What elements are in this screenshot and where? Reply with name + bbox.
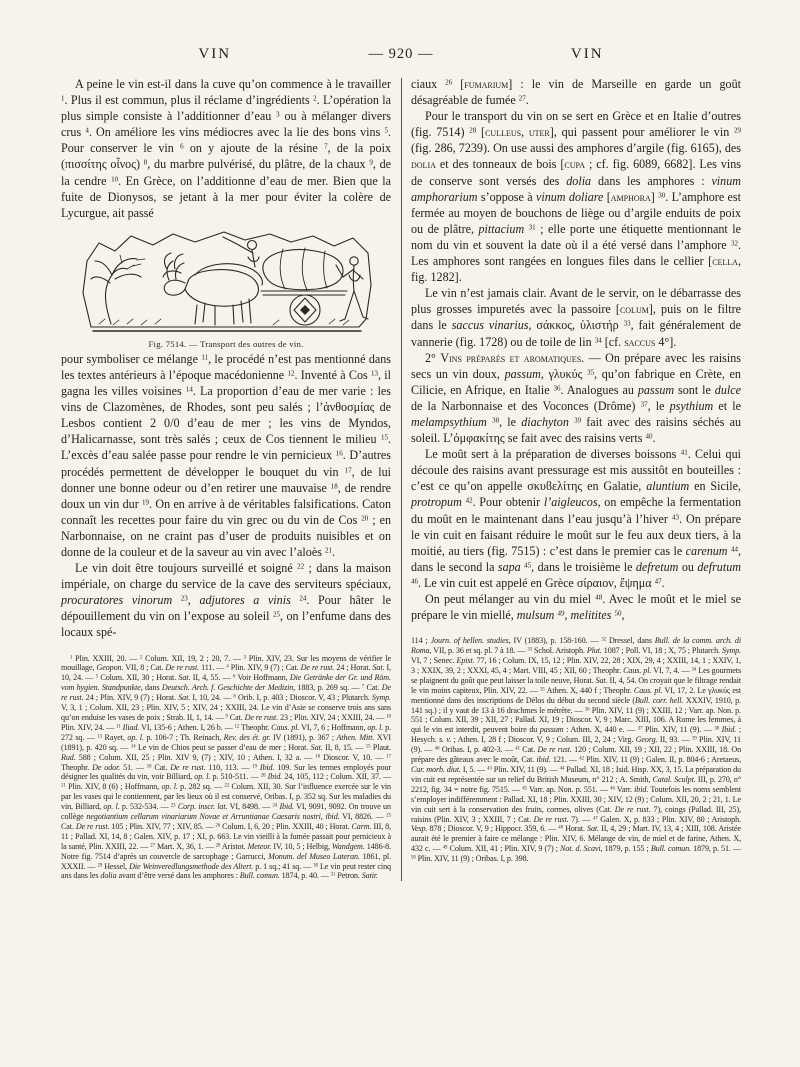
- paragraph: On peut mélanger au vin du miel 48. Avec…: [411, 591, 741, 623]
- column-left: A peine le vin est-il dans la cuve qu’on…: [61, 76, 391, 881]
- paragraph: Le vin n’est jamais clair. Avant de le s…: [411, 285, 741, 349]
- column-right: ciaux 26 [fumarium] : le vin de Marseill…: [411, 76, 741, 881]
- running-title-left: VIN: [61, 46, 369, 63]
- column-divider-rule: [401, 78, 402, 881]
- footnotes-left: 1 Plin. XXIII, 20. — 2 Colum. XII, 19, 2…: [61, 654, 391, 882]
- paragraph: Le vin doit être toujours surveillé et s…: [61, 560, 391, 640]
- paragraph: pour symboliser ce mélange 11, le procéd…: [61, 351, 391, 560]
- page-header: VIN — 920 — VIN: [61, 46, 741, 63]
- page-number: — 920 —: [369, 46, 434, 63]
- paragraph: Le moût sert à la préparation de diverse…: [411, 446, 741, 591]
- figure-caption: Fig. 7514. — Transport des outres de vin…: [61, 339, 391, 349]
- paragraph: Pour le transport du vin on se sert en G…: [411, 108, 741, 285]
- paragraph: ciaux 26 [fumarium] : le vin de Marseill…: [411, 76, 741, 108]
- dictionary-page: VIN — 920 — VIN A peine le vin est-il da…: [0, 0, 800, 1067]
- figure-7514: Fig. 7514. — Transport des outres de vin…: [61, 227, 391, 349]
- wine-transport-relief-engraving: [77, 227, 375, 337]
- two-column-text: A peine le vin est-il dans la cuve qu’on…: [61, 76, 741, 881]
- footnotes-right: 114 ; Journ. of hellen. studies, IV (188…: [411, 636, 741, 864]
- paragraph: 2° Vins préparés et aromatiques. — On pr…: [411, 350, 741, 447]
- paragraph: A peine le vin est-il dans la cuve qu’on…: [61, 76, 391, 221]
- running-title-right: VIN: [434, 46, 742, 63]
